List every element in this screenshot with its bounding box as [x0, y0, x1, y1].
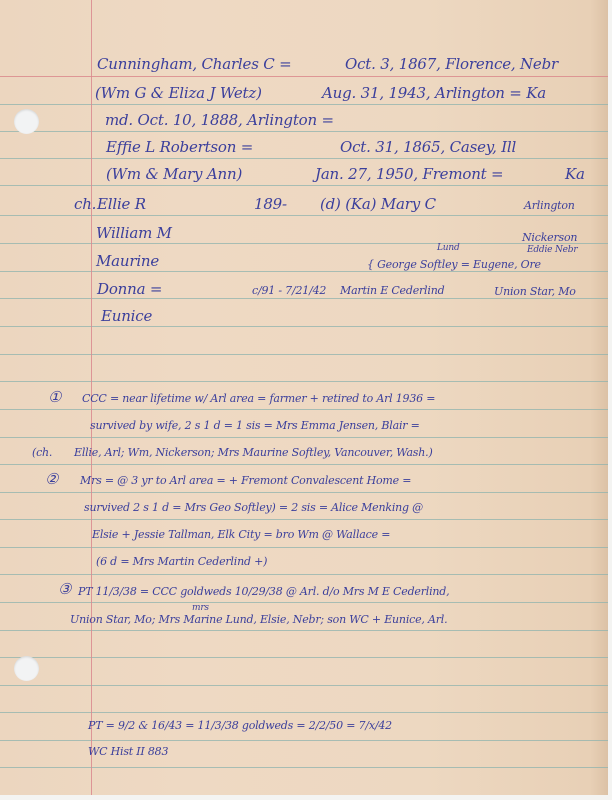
note-line: Ellie, Arl; Wm, Nickerson; Mrs Maurine S…: [74, 447, 433, 458]
subject-parents: (Wm G & Eliza J Wetz): [95, 86, 262, 101]
spouse-birth: Oct. 31, 1865, Casey, Ill: [340, 140, 516, 155]
child-place-above: Eddie Nebr: [527, 246, 577, 255]
binder-hole-top: [14, 109, 39, 134]
child-name: Ellie R: [97, 197, 146, 212]
child-note: c/91 - 7/21/42: [252, 285, 326, 296]
note-marker: ②: [45, 472, 58, 487]
note-line: CCC = near lifetime w/ Arl area = farmer…: [82, 393, 435, 404]
binder-hole-bottom: [14, 656, 39, 681]
child-place: Nickerson: [522, 232, 577, 243]
note-line: Elsie + Jessie Tallman, Elk City = bro W…: [92, 529, 390, 540]
note-marker: ①: [48, 390, 61, 405]
note-insert: mrs: [192, 604, 209, 613]
child-place: Arlington: [524, 200, 575, 211]
spouse-death: Jan. 27, 1950, Fremont =: [315, 167, 503, 182]
note-line: Mrs = @ 3 yr to Arl area = + Fremont Con…: [80, 475, 411, 486]
child-note: 189-: [254, 197, 287, 212]
spouse-parents: (Wm & Mary Ann): [106, 167, 242, 182]
note-line: (6 d = Mrs Martin Cederlind +): [96, 556, 267, 567]
child-name: Maurine: [96, 254, 159, 269]
child-spouse: { George Softley = Eugene, Ore: [367, 259, 541, 270]
children-label: ch.: [74, 197, 96, 212]
footer-source: WC Hist II 883: [88, 746, 168, 757]
subject-name: Cunningham, Charles C =: [97, 57, 292, 72]
marriage-line: md. Oct. 10, 1888, Arlington =: [105, 113, 334, 128]
child-name: William M: [96, 226, 172, 241]
note-line: survived 2 s 1 d = Mrs Geo Softley) = 2 …: [84, 502, 423, 513]
spouse-death-state: Ka: [565, 167, 585, 182]
ruled-paper-page: Cunningham, Charles C = Oct. 3, 1867, Fl…: [0, 0, 608, 795]
child-spouse: (d) (Ka) Mary C: [320, 197, 436, 212]
subject-death: Aug. 31, 1943, Arlington = Ka: [322, 86, 546, 101]
footer-reference: PT = 9/2 & 16/43 = 11/3/38 goldweds = 2/…: [88, 720, 392, 731]
child-name: Eunice: [101, 309, 152, 324]
note-marker: ③: [58, 582, 71, 597]
child-place: Union Star, Mo: [494, 286, 576, 297]
child-name: Donna =: [97, 282, 162, 297]
child-spouse: Martin E Cederlind: [340, 285, 444, 296]
spouse-name: Effie L Robertson =: [106, 140, 253, 155]
note-line: PT 11/3/38 = CCC goldweds 10/29/38 @ Arl…: [78, 586, 449, 597]
note-line: survived by wife, 2 s 1 d = 1 sis = Mrs …: [90, 420, 420, 431]
note-marker: (ch.: [32, 447, 52, 458]
note-line: Union Star, Mo; Mrs Marine Lund, Elsie, …: [70, 614, 447, 625]
child-spouse-superscript: Lund: [437, 244, 460, 253]
subject-birth: Oct. 3, 1867, Florence, Nebr: [345, 57, 558, 72]
